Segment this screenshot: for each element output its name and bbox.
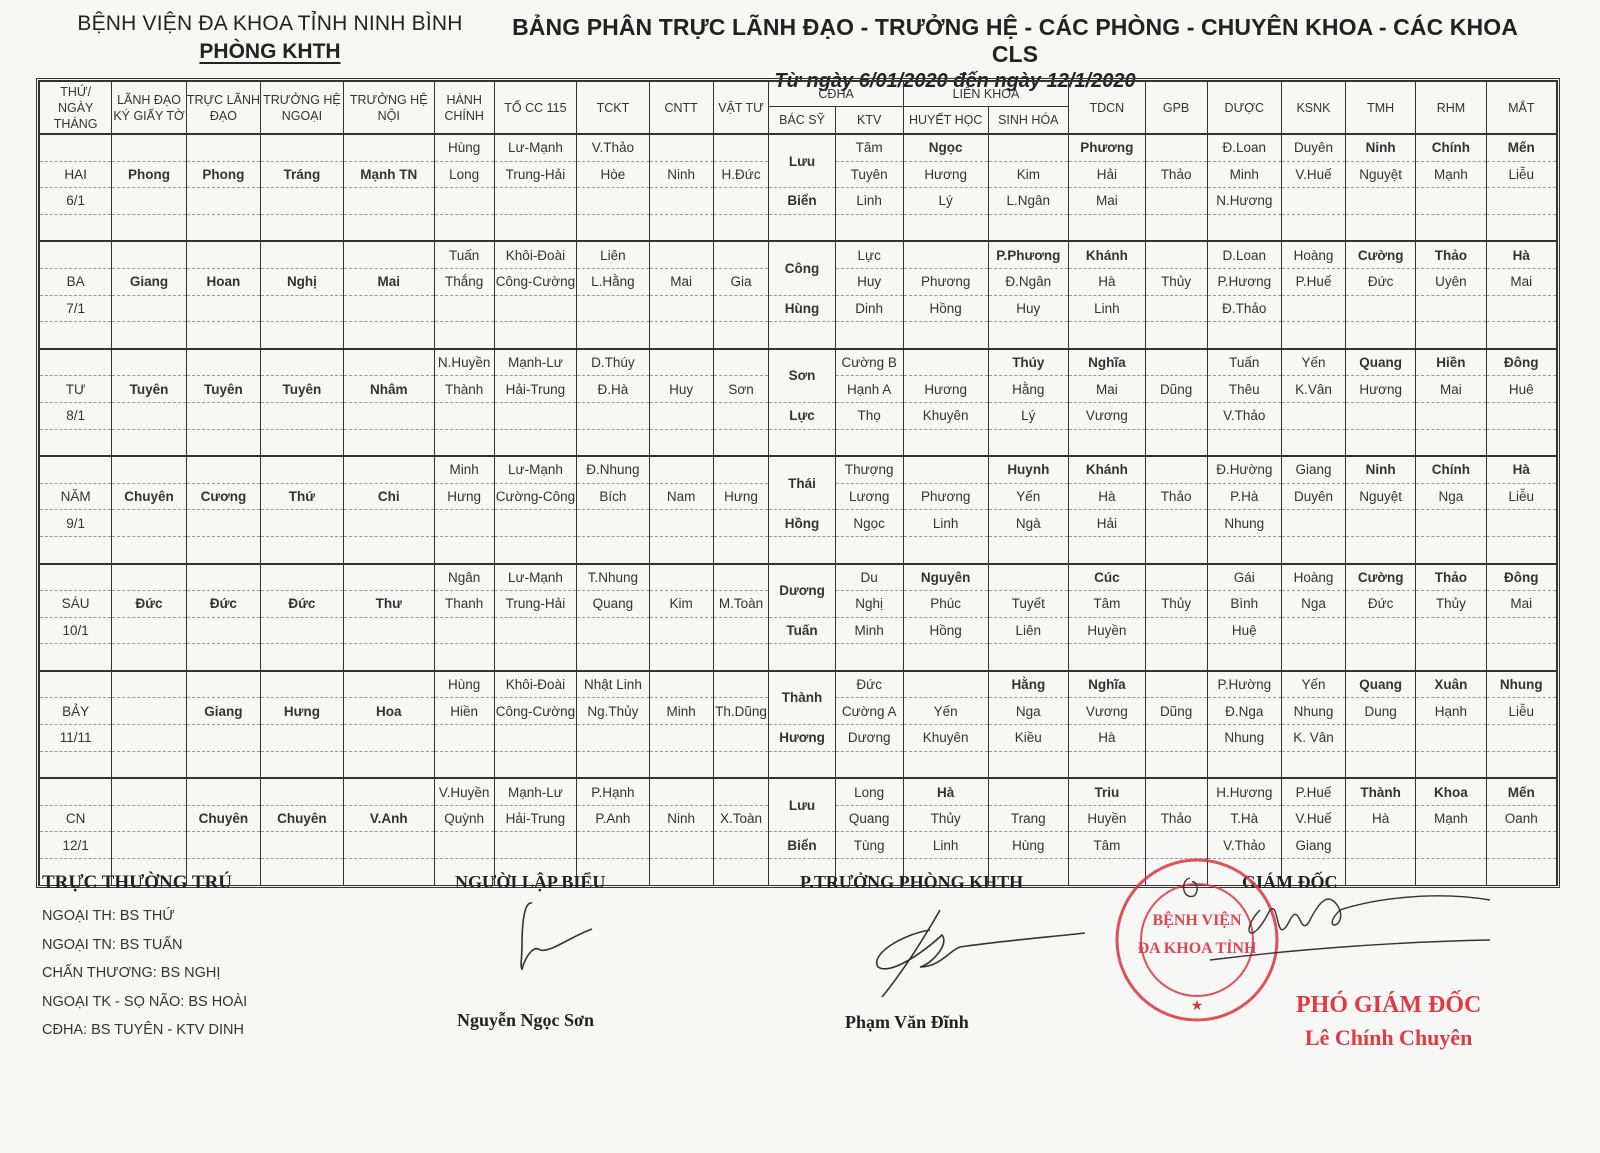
cell-empty: [343, 671, 434, 698]
cell-tdcn: Phương: [1069, 134, 1145, 161]
col-header-cdha-bac-sy: BÁC SỸ: [769, 107, 835, 135]
cell-empty: [1069, 644, 1145, 671]
cell-sinh-hoa: Hằng: [988, 376, 1069, 403]
cell-empty: [649, 510, 713, 537]
preparer-signature-icon: [510, 895, 600, 975]
cell-empty: [649, 295, 713, 322]
cell-sinh-hoa: Kim: [988, 161, 1069, 188]
cell-ky-giay-to: Tuyên: [112, 376, 186, 403]
cell-empty: [261, 322, 344, 349]
cell-day: TƯ: [40, 376, 112, 403]
cell-day: BA: [40, 268, 112, 295]
cell-empty: [1486, 644, 1556, 671]
cell-cdha-ktv: Long: [835, 778, 903, 805]
cell-tmh: Nguyệt: [1346, 161, 1416, 188]
cell-vat-tu: X.Toàn: [713, 805, 769, 832]
cell-to-cc-115: Cường-Công: [494, 483, 577, 510]
cell-empty: [1069, 214, 1145, 241]
cell-to-cc-115: Lư-Mạnh: [494, 564, 577, 591]
cell-duoc: Tuấn: [1207, 349, 1281, 376]
cell-empty: [434, 751, 494, 778]
cell-rhm: Thủy: [1416, 591, 1486, 618]
cell-empty: [769, 322, 835, 349]
cell-mat: Huê: [1486, 376, 1556, 403]
table-row: NgânLư-MạnhT.NhungDươngDuNguyênCúcGáiHoà…: [40, 564, 1557, 591]
cell-empty: [903, 644, 988, 671]
cell-empty: [577, 617, 649, 644]
cell-empty: [1416, 188, 1486, 215]
cell-empty: [1416, 322, 1486, 349]
cell-huyet-hoc: Thủy: [903, 805, 988, 832]
cell-hanh-chinh: Thanh: [434, 591, 494, 618]
cell-empty: [186, 188, 260, 215]
cell-empty: [494, 751, 577, 778]
table-row: TuấnKhôi-ĐoàiLiênCôngLựcP.PhươngKhánhD.L…: [40, 241, 1557, 268]
cell-empty: [1486, 751, 1556, 778]
cell-empty: [112, 456, 186, 483]
cell-truc-lanh-dao: Chuyên: [186, 805, 260, 832]
cell-empty: [112, 214, 186, 241]
cell-empty: [434, 429, 494, 456]
cell-day: HAI: [40, 161, 112, 188]
cell-empty: [577, 295, 649, 322]
cell-vat-tu: Sơn: [713, 376, 769, 403]
cell-empty: [1486, 402, 1556, 429]
cell-empty: [649, 617, 713, 644]
cell-cdha-bac-sy: Biển: [769, 832, 835, 859]
cell-empty: [261, 214, 344, 241]
cell-empty: [186, 751, 260, 778]
cell-ksnk: [1281, 510, 1345, 537]
cell-empty: [1346, 510, 1416, 537]
cell-empty: [649, 349, 713, 376]
cell-mat: Oanh: [1486, 805, 1556, 832]
col-header-day: THỨ/ NGÀY THÁNG: [40, 82, 112, 135]
cell-empty: [713, 564, 769, 591]
cell-truong-he-noi: Nhâm: [343, 376, 434, 403]
cell-empty: [713, 859, 769, 885]
cell-ksnk: V.Huế: [1281, 805, 1345, 832]
cell-empty: [1486, 214, 1556, 241]
cell-empty: [988, 429, 1069, 456]
cell-sinh-hoa: Kiều: [988, 725, 1069, 752]
cell-cdha-ktv: Du: [835, 564, 903, 591]
cell-ksnk: P.Huế: [1281, 778, 1345, 805]
cell-empty: [186, 778, 260, 805]
cell-empty: [649, 778, 713, 805]
cell-empty: [40, 564, 112, 591]
cell-duoc: Bình: [1207, 591, 1281, 618]
signer-role: PHÓ GIÁM ĐỐC: [1296, 992, 1481, 1019]
cell-duoc: P.Hương: [1207, 268, 1281, 295]
resident-duty-line: NGOẠI TN: BS TUẤN: [42, 931, 247, 960]
cell-empty: [434, 295, 494, 322]
cell-empty: [1281, 429, 1345, 456]
cell-empty: [1486, 617, 1556, 644]
col-group-lien-khoa: LIÊN KHOA: [903, 82, 1068, 107]
cell-empty: [1069, 751, 1145, 778]
cell-empty: [186, 402, 260, 429]
cell-empty: [1145, 536, 1207, 563]
cell-huyet-hoc: [903, 349, 988, 376]
cell-ksnk: Giang: [1281, 832, 1345, 859]
cell-mat: Liễu: [1486, 161, 1556, 188]
cell-sinh-hoa: Thúy: [988, 349, 1069, 376]
table-row: 12/1BiểnTùngLinhHùngTâmV.ThảoGiang: [40, 832, 1557, 859]
cell-vat-tu: Hưng: [713, 483, 769, 510]
table-row: MinhLư-MạnhĐ.NhungTháiThượngHuynhKhánhĐ.…: [40, 456, 1557, 483]
cell-tckt: Nhật Linh: [577, 671, 649, 698]
cell-sinh-hoa: L.Ngân: [988, 188, 1069, 215]
cell-sinh-hoa: P.Phương: [988, 241, 1069, 268]
cell-truong-he-ngoai: Đức: [261, 591, 344, 618]
cell-ky-giay-to: [112, 805, 186, 832]
cell-empty: [343, 349, 434, 376]
preparer-section: NGƯỜI LẬP BIỂU: [455, 872, 655, 893]
cell-duoc: Thêu: [1207, 376, 1281, 403]
cell-tckt: Bích: [577, 483, 649, 510]
cell-cdha-bac-sy: Hương: [769, 725, 835, 752]
table-row: 7/1HùngDinhHồngHuyLinhĐ.Thảo: [40, 295, 1557, 322]
cell-empty: [649, 402, 713, 429]
cell-empty: [40, 322, 112, 349]
table-row: HùngKhôi-ĐoàiNhật LinhThànhĐứcHằngNghĩaP…: [40, 671, 1557, 698]
cell-hanh-chinh: Hùng: [434, 671, 494, 698]
svg-text:★: ★: [1191, 997, 1204, 1013]
deputy-head-name: Phạm Văn Đĩnh: [845, 1012, 969, 1033]
cell-ky-giay-to: Giang: [112, 268, 186, 295]
cell-empty: [112, 510, 186, 537]
cell-empty: [1416, 510, 1486, 537]
cell-truong-he-noi: Mai: [343, 268, 434, 295]
cell-empty: [261, 564, 344, 591]
cell-empty: [713, 214, 769, 241]
cell-empty: [649, 241, 713, 268]
cell-empty: [835, 644, 903, 671]
col-header-truong-he-ngoai: TRƯỞNG HỆ NGOẠI: [261, 82, 344, 135]
cell-ksnk: Yến: [1281, 349, 1345, 376]
cell-ksnk: Yến: [1281, 671, 1345, 698]
cell-hanh-chinh: Hùng: [434, 134, 494, 161]
cell-date: 10/1: [40, 617, 112, 644]
cell-empty: [1416, 751, 1486, 778]
cell-empty: [713, 402, 769, 429]
cell-empty: [261, 617, 344, 644]
cell-cdha-ktv: Huy: [835, 268, 903, 295]
cell-empty: [1281, 322, 1345, 349]
cell-cntt: Ninh: [649, 805, 713, 832]
cell-huyet-hoc: Linh: [903, 510, 988, 537]
cell-cdha-bac-sy: Biển: [769, 188, 835, 215]
cell-duoc: V.Thảo: [1207, 402, 1281, 429]
cell-empty: [1145, 671, 1207, 698]
cell-empty: [434, 725, 494, 752]
cell-huyet-hoc: Ngọc: [903, 134, 988, 161]
cell-empty: [1145, 349, 1207, 376]
cell-empty: [577, 644, 649, 671]
cell-tckt: T.Nhung: [577, 564, 649, 591]
col-header-hanh-chinh: HÀNH CHÍNH: [434, 82, 494, 135]
cell-empty: [1346, 322, 1416, 349]
cell-duoc: Đ.Nga: [1207, 698, 1281, 725]
cell-empty: [713, 832, 769, 859]
cell-sinh-hoa: Hằng: [988, 671, 1069, 698]
cell-ksnk: [1281, 295, 1345, 322]
cell-empty: [903, 536, 988, 563]
cell-empty: [343, 134, 434, 161]
col-header-tckt: TCKT: [577, 82, 649, 135]
cell-empty: [1486, 322, 1556, 349]
cell-gpb: Thảo: [1145, 161, 1207, 188]
cell-to-cc-115: Trung-Hải: [494, 591, 577, 618]
cell-ky-giay-to: Đức: [112, 591, 186, 618]
table-row: V.HuyềnMạnh-LưP.HạnhLưuLongHàTriuH.Hương…: [40, 778, 1557, 805]
cell-tdcn: Hà: [1069, 483, 1145, 510]
cell-ksnk: Nhung: [1281, 698, 1345, 725]
cell-rhm: Uyên: [1416, 268, 1486, 295]
cell-empty: [988, 322, 1069, 349]
cell-mat: Đông: [1486, 564, 1556, 591]
cell-empty: [713, 429, 769, 456]
cell-sinh-hoa: Huy: [988, 295, 1069, 322]
cell-empty: [835, 751, 903, 778]
cell-empty: [343, 510, 434, 537]
cell-sinh-hoa: Đ.Ngân: [988, 268, 1069, 295]
cell-empty: [835, 322, 903, 349]
cell-empty: [343, 322, 434, 349]
cell-tdcn: Khánh: [1069, 456, 1145, 483]
cell-huyet-hoc: [903, 671, 988, 698]
cell-empty: [186, 832, 260, 859]
cell-tmh: Cường: [1346, 564, 1416, 591]
cell-rhm: Xuân: [1416, 671, 1486, 698]
cell-truong-he-ngoai: Tuyên: [261, 376, 344, 403]
cell-truc-lanh-dao: Tuyên: [186, 376, 260, 403]
cell-ksnk: [1281, 188, 1345, 215]
cell-empty: [1145, 751, 1207, 778]
cell-empty: [40, 456, 112, 483]
cell-mat: Mai: [1486, 268, 1556, 295]
cell-hanh-chinh: Hưng: [434, 483, 494, 510]
cell-empty: [186, 671, 260, 698]
cell-huyet-hoc: Yến: [903, 698, 988, 725]
cell-empty: [186, 214, 260, 241]
cell-empty: [713, 751, 769, 778]
col-header-ky-giay-to: LÃNH ĐẠO KÝ GIẤY TỜ: [112, 82, 186, 135]
cell-huyet-hoc: Phương: [903, 268, 988, 295]
cell-gpb: Dũng: [1145, 376, 1207, 403]
cell-truong-he-noi: Mạnh TN: [343, 161, 434, 188]
cell-vat-tu: Gia: [713, 268, 769, 295]
cell-cntt: Kim: [649, 591, 713, 618]
cell-tdcn: Vương: [1069, 698, 1145, 725]
cell-huyet-hoc: Lý: [903, 188, 988, 215]
cell-sinh-hoa: Yến: [988, 483, 1069, 510]
cell-huyet-hoc: Hương: [903, 376, 988, 403]
cell-empty: [112, 778, 186, 805]
cell-empty: [434, 402, 494, 429]
cell-huyet-hoc: Hương: [903, 161, 988, 188]
cell-cdha-bac-sy: Thành: [769, 671, 835, 725]
cell-empty: [649, 134, 713, 161]
cell-hanh-chinh: Quỳnh: [434, 805, 494, 832]
cell-tdcn: Linh: [1069, 295, 1145, 322]
deputy-head-title: P.TRƯỞNG PHÒNG KHTH: [800, 872, 1060, 893]
col-header-tmh: TMH: [1346, 82, 1416, 135]
cell-tmh: Quang: [1346, 671, 1416, 698]
cell-empty: [261, 402, 344, 429]
col-header-cdha-ktv: KTV: [835, 107, 903, 135]
cell-duoc: T.Hà: [1207, 805, 1281, 832]
cell-truong-he-ngoai: Thứ: [261, 483, 344, 510]
cell-empty: [577, 751, 649, 778]
cell-empty: [1346, 725, 1416, 752]
cell-empty: [112, 349, 186, 376]
cell-empty: [713, 536, 769, 563]
cell-empty: [1145, 402, 1207, 429]
cell-empty: [343, 644, 434, 671]
cell-duoc: H.Hương: [1207, 778, 1281, 805]
cell-duoc: P.Hường: [1207, 671, 1281, 698]
cell-sinh-hoa: Tuyết: [988, 591, 1069, 618]
cell-hanh-chinh: Hiền: [434, 698, 494, 725]
cell-empty: [186, 564, 260, 591]
cell-cdha-ktv: Tùng: [835, 832, 903, 859]
cell-huyet-hoc: Phúc: [903, 591, 988, 618]
cell-empty: [1346, 429, 1416, 456]
cell-empty: [1416, 536, 1486, 563]
cell-hanh-chinh: Minh: [434, 456, 494, 483]
cell-empty: [1069, 322, 1145, 349]
cell-hanh-chinh: Thành: [434, 376, 494, 403]
cell-empty: [40, 134, 112, 161]
cell-empty: [494, 214, 577, 241]
cell-tckt: L.Hằng: [577, 268, 649, 295]
cell-truc-lanh-dao: Giang: [186, 698, 260, 725]
resident-duty-title: TRỰC THƯỜNG TRÚ: [42, 872, 247, 894]
cell-empty: [713, 456, 769, 483]
cell-empty: [903, 429, 988, 456]
col-header-ksnk: KSNK: [1281, 82, 1345, 135]
deputy-head-signature-icon: [860, 905, 1090, 1005]
cell-date: 8/1: [40, 402, 112, 429]
col-header-huyet-hoc: HUYẾT HỌC: [903, 107, 988, 135]
table-row: [40, 644, 1557, 671]
cell-gpb: Thảo: [1145, 483, 1207, 510]
cell-tdcn: Tâm: [1069, 591, 1145, 618]
cell-cntt: Minh: [649, 698, 713, 725]
cell-tdcn: Cúc: [1069, 564, 1145, 591]
cell-empty: [494, 725, 577, 752]
cell-empty: [261, 188, 344, 215]
cell-empty: [112, 322, 186, 349]
cell-to-cc-115: Mạnh-Lư: [494, 778, 577, 805]
cell-empty: [577, 832, 649, 859]
cell-empty: [649, 188, 713, 215]
cell-tmh: Đức: [1346, 591, 1416, 618]
cell-empty: [261, 295, 344, 322]
cell-tdcn: Khánh: [1069, 241, 1145, 268]
document-title: BẢNG PHÂN TRỰC LÃNH ĐẠO - TRƯỞNG HỆ - CÁ…: [490, 14, 1540, 68]
cell-empty: [769, 429, 835, 456]
cell-empty: [261, 456, 344, 483]
cell-huyet-hoc: [903, 241, 988, 268]
cell-tckt: P.Hạnh: [577, 778, 649, 805]
cell-empty: [494, 536, 577, 563]
cell-empty: [713, 778, 769, 805]
cell-empty: [112, 536, 186, 563]
cell-empty: [577, 510, 649, 537]
cell-tckt: V.Thảo: [577, 134, 649, 161]
cell-empty: [40, 241, 112, 268]
cell-day: CN: [40, 805, 112, 832]
table-row: 8/1LựcThọKhuyênLýVươngV.Thảo: [40, 402, 1557, 429]
cell-empty: [1145, 644, 1207, 671]
cell-ksnk: Duyên: [1281, 134, 1345, 161]
cell-truc-lanh-dao: Đức: [186, 591, 260, 618]
cell-empty: [1145, 429, 1207, 456]
cell-empty: [1281, 751, 1345, 778]
cell-cdha-ktv: Thọ: [835, 402, 903, 429]
cell-empty: [713, 241, 769, 268]
cell-cdha-ktv: Lương: [835, 483, 903, 510]
cell-truong-he-noi: V.Anh: [343, 805, 434, 832]
cell-empty: [40, 671, 112, 698]
cell-empty: [713, 349, 769, 376]
table-row: [40, 322, 1557, 349]
cell-duoc: Đ.Hường: [1207, 456, 1281, 483]
cell-gpb: Thủy: [1145, 268, 1207, 295]
cell-empty: [343, 751, 434, 778]
cell-rhm: Chính: [1416, 456, 1486, 483]
cell-empty: [835, 536, 903, 563]
cell-empty: [1207, 322, 1281, 349]
cell-empty: [1416, 725, 1486, 752]
director-signature-icon: [1170, 870, 1500, 970]
cell-cdha-bac-sy: Thái: [769, 456, 835, 510]
cell-sinh-hoa: Ngà: [988, 510, 1069, 537]
cell-empty: [261, 751, 344, 778]
cell-empty: [713, 295, 769, 322]
cell-empty: [1281, 644, 1345, 671]
col-header-to-cc-115: TỔ CC 115: [494, 82, 577, 135]
cell-empty: [494, 295, 577, 322]
cell-day: NĂM: [40, 483, 112, 510]
cell-empty: [1346, 402, 1416, 429]
cell-empty: [261, 349, 344, 376]
cell-huyet-hoc: Hồng: [903, 295, 988, 322]
cell-duoc: N.Hương: [1207, 188, 1281, 215]
cell-empty: [186, 241, 260, 268]
cell-duoc: Nhung: [1207, 725, 1281, 752]
cell-ky-giay-to: Phong: [112, 161, 186, 188]
cell-empty: [434, 214, 494, 241]
cell-cdha-bac-sy: Hùng: [769, 295, 835, 322]
cell-tmh: Cường: [1346, 241, 1416, 268]
cell-date: 6/1: [40, 188, 112, 215]
cell-rhm: Chính: [1416, 134, 1486, 161]
cell-to-cc-115: Lư-Mạnh: [494, 456, 577, 483]
cell-sinh-hoa: [988, 564, 1069, 591]
cell-empty: [1145, 322, 1207, 349]
cell-empty: [903, 322, 988, 349]
table-row: [40, 751, 1557, 778]
cell-cdha-ktv: Lực: [835, 241, 903, 268]
cell-empty: [186, 322, 260, 349]
cell-to-cc-115: Lư-Mạnh: [494, 134, 577, 161]
cell-empty: [343, 241, 434, 268]
cell-date: 9/1: [40, 510, 112, 537]
